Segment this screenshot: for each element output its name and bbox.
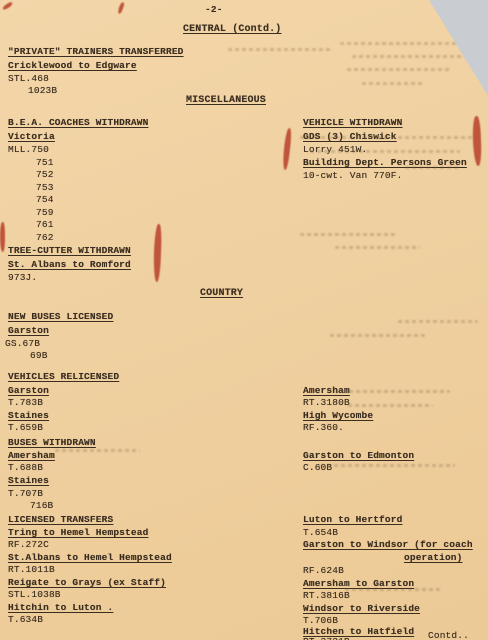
fleet-number: T.707B xyxy=(8,488,43,499)
bleed-through-mark xyxy=(362,82,422,85)
bleed-through-mark xyxy=(300,136,475,139)
route-hitchin-luton: Hitchin to Luton . xyxy=(8,602,113,613)
fleet-number: 752 xyxy=(36,169,54,180)
bleed-through-mark xyxy=(347,68,452,71)
bleed-through-mark xyxy=(335,246,420,249)
route-garston: Garston xyxy=(8,385,49,396)
red-pen-mark xyxy=(153,224,162,282)
bleed-through-mark xyxy=(228,48,333,51)
section-title-bea-coaches: B.E.A. COACHES WITHDRAWN xyxy=(8,117,148,128)
route-tring-hemel: Tring to Hemel Hempstead xyxy=(8,527,148,538)
fleet-number: T.688B xyxy=(8,462,43,473)
route-staines: Staines xyxy=(8,410,49,421)
fleet-number: RF.272C xyxy=(8,539,49,550)
fleet-number: RF.360. xyxy=(303,422,344,433)
section-title-relicensed: VEHICLES RELICENSED xyxy=(8,371,119,382)
fleet-number: RT.1011B xyxy=(8,564,55,575)
fleet-number: RF.624B xyxy=(303,565,344,576)
page-number: -2- xyxy=(205,4,223,15)
fleet-number: RT.3721B xyxy=(303,636,350,640)
fleet-number: T.659B xyxy=(8,422,43,433)
fleet-number: 1023B xyxy=(28,85,57,96)
section-title-vehicle-withdrawn: VEHICLE WITHDRAWN xyxy=(303,117,402,128)
bleed-through-mark xyxy=(330,334,425,337)
fleet-number: T.706B xyxy=(303,615,338,626)
fleet-number: MLL.750 xyxy=(8,144,49,155)
bleed-through-mark xyxy=(398,320,478,323)
bleed-through-mark xyxy=(352,55,467,58)
bleed-through-mark xyxy=(345,588,440,591)
heading-country: COUNTRY xyxy=(200,288,243,299)
route-st-albans-romford: St. Albans to Romford xyxy=(8,259,131,270)
fleet-number: 753 xyxy=(36,182,54,193)
fleet-number: T.783B xyxy=(8,397,43,408)
route-staines: Staines xyxy=(8,475,49,486)
fleet-number: STL.468 xyxy=(8,73,49,84)
fleet-number: T.654B xyxy=(303,527,338,538)
route-garston-windsor-wrap: operation) xyxy=(404,552,463,563)
route-victoria: Victoria xyxy=(8,131,55,142)
route-luton-hertford: Luton to Hertford xyxy=(303,514,402,525)
fleet-number: 716B xyxy=(30,500,53,511)
red-pen-mark xyxy=(2,1,13,11)
route-amersham: Amersham xyxy=(8,450,55,461)
fleet-number: 973J. xyxy=(8,272,37,283)
red-pen-mark xyxy=(282,128,292,170)
route-garston-windsor: Garston to Windsor (for coach xyxy=(303,539,473,550)
section-title-buses-withdrawn: BUSES WITHDRAWN xyxy=(8,437,96,448)
route-stalbans-hemel: St.Albans to Hemel Hempstead xyxy=(8,552,172,563)
bleed-through-mark xyxy=(55,449,140,452)
heading-miscellaneous: MISCELLANEOUS xyxy=(186,95,266,106)
bleed-through-mark xyxy=(310,150,460,153)
fleet-number: 762 xyxy=(36,232,54,243)
bleed-through-mark xyxy=(320,464,455,467)
fleet-number: GS.67B xyxy=(5,338,40,349)
bleed-through-mark xyxy=(340,42,465,45)
fleet-number: 759 xyxy=(36,207,54,218)
section-title-private-trainers: "PRIVATE" TRAINERS TRANSFERRED xyxy=(8,46,184,57)
red-pen-mark xyxy=(117,2,125,15)
document-page: -2- CENTRAL (Contd.) MISCELLANEOUS COUNT… xyxy=(0,0,488,640)
fleet-number: RT.3816B xyxy=(303,590,350,601)
route-cricklewood-edgware: Cricklewood to Edgware xyxy=(8,60,137,71)
fleet-number: 754 xyxy=(36,194,54,205)
red-pen-mark xyxy=(0,222,5,252)
fleet-number: T.634B xyxy=(8,614,43,625)
route-reigate-grays: Reigate to Grays (ex Staff) xyxy=(8,577,166,588)
fleet-number: 761 xyxy=(36,219,54,230)
bleed-through-mark xyxy=(335,390,450,393)
bleed-through-mark xyxy=(405,166,460,169)
heading-central: CENTRAL (Contd.) xyxy=(183,24,281,35)
route-windsor-riverside: Windsor to Riverside xyxy=(303,603,420,614)
fleet-number: 69B xyxy=(30,350,48,361)
bleed-through-mark xyxy=(348,404,433,407)
route-high-wycombe: High Wycombe xyxy=(303,410,373,421)
fleet-number: STL.1038B xyxy=(8,589,61,600)
route-garston-edmonton: Garston to Edmonton xyxy=(303,450,414,461)
fleet-number: 751 xyxy=(36,157,54,168)
vehicle-van: 10-cwt. Van 770F. xyxy=(303,170,402,181)
route-garston: Garston xyxy=(8,325,49,336)
red-pen-mark xyxy=(472,116,482,166)
bleed-through-mark xyxy=(300,233,395,236)
continued-note: Contd.. xyxy=(428,630,469,640)
section-title-tree-cutter: TREE-CUTTER WITHDRAWN xyxy=(8,245,131,256)
fleet-number: RT.3180B xyxy=(303,397,350,408)
section-title-licensed-transfers: LICENSED TRANSFERS xyxy=(8,514,113,525)
section-title-new-buses: NEW BUSES LICENSED xyxy=(8,311,113,322)
